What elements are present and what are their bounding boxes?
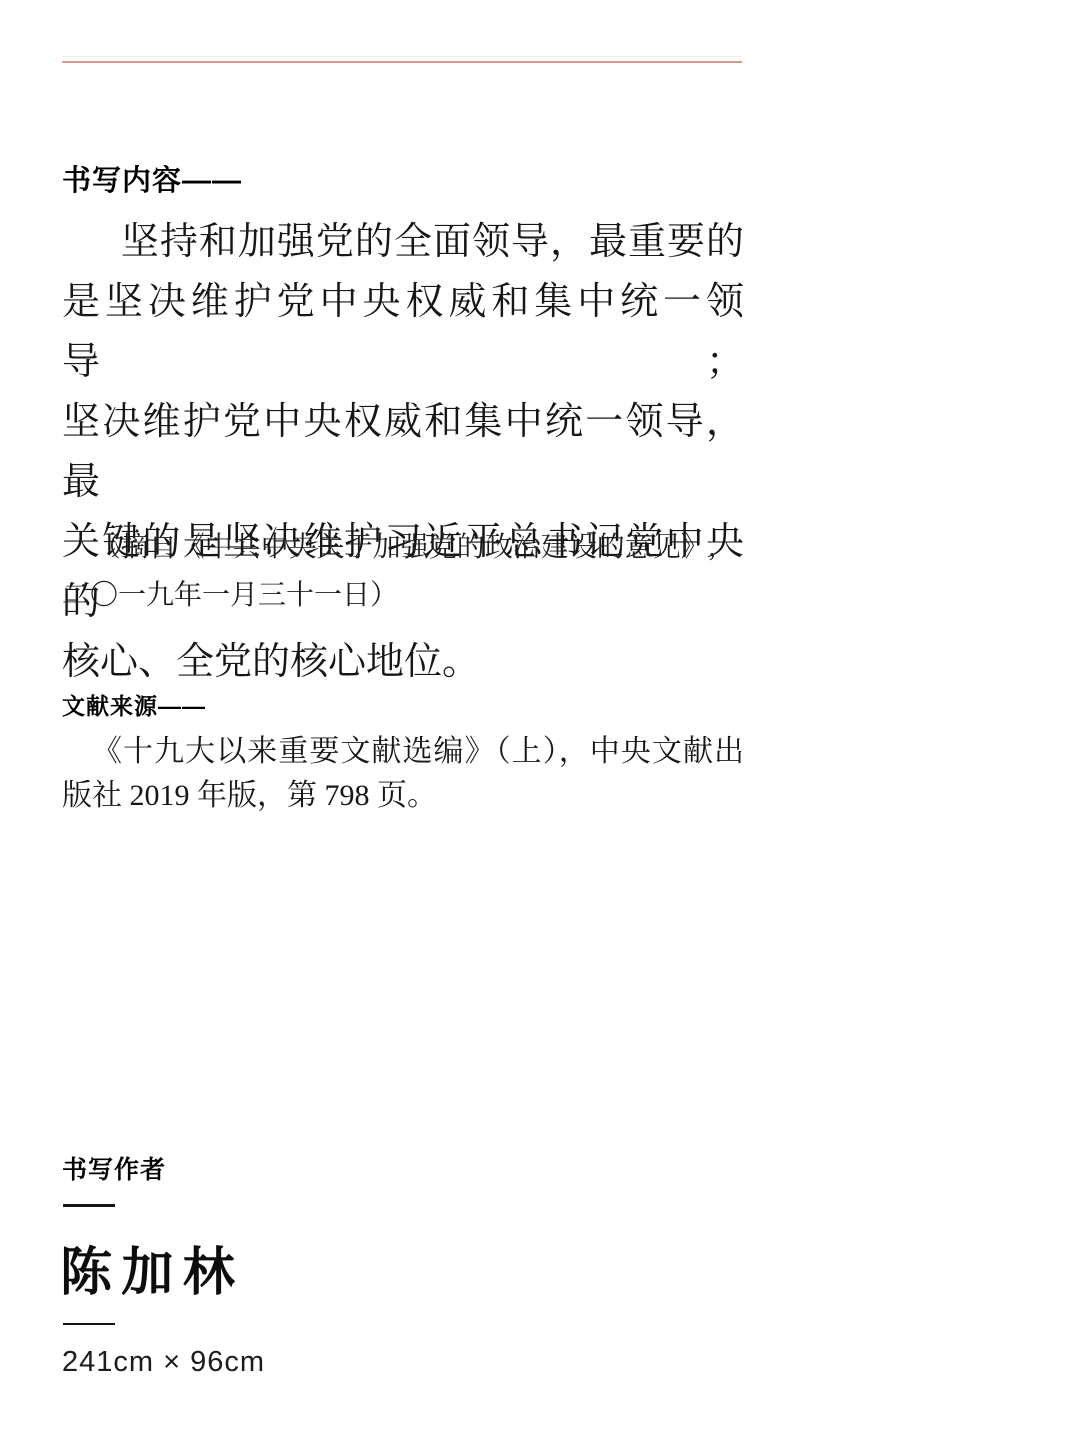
quote-line: 坚持和加强党的全面领导，最重要的: [62, 212, 744, 272]
quote-line: 核心、全党的核心地位。: [62, 632, 744, 692]
top-divider-shadow: [62, 56, 742, 57]
source-section-heading: 文献来源——: [62, 688, 206, 721]
author-divider-rule: [63, 1204, 115, 1207]
quote-paragraph: 坚持和加强党的全面领导，最重要的 是坚决维护党中央权威和集中统一领导； 坚决维护…: [62, 212, 744, 692]
author-name: 陈加林: [60, 1230, 244, 1305]
quote-line: 是坚决维护党中央权威和集中统一领导；: [62, 272, 744, 392]
citation-line: （摘自《中共中央关于加强党的政治建设的意见》,: [62, 524, 762, 572]
source-reference: 《十九大以来重要文献选编》（上），中央文献出 版社 2019 年版，第 798 …: [62, 730, 744, 818]
citation-line: 二〇一九年一月三十一日）: [62, 572, 762, 620]
document-page: 书写内容—— 坚持和加强党的全面领导，最重要的 是坚决维护党中央权威和集中统一领…: [0, 0, 1080, 1439]
quote-line: 坚决维护党中央权威和集中统一领导，最: [62, 392, 744, 512]
author-section-heading: 书写作者: [62, 1150, 166, 1186]
top-divider-accent: [62, 61, 742, 63]
quote-citation: （摘自《中共中央关于加强党的政治建设的意见》, 二〇一九年一月三十一日）: [62, 524, 762, 620]
content-section-heading: 书写内容——: [62, 158, 242, 199]
source-line: 《十九大以来重要文献选编》（上），中央文献出: [62, 730, 744, 774]
artwork-dimensions: 241cm × 96cm: [62, 1346, 265, 1379]
size-divider-rule: [63, 1323, 115, 1325]
source-line: 版社 2019 年版，第 798 页。: [62, 774, 744, 818]
